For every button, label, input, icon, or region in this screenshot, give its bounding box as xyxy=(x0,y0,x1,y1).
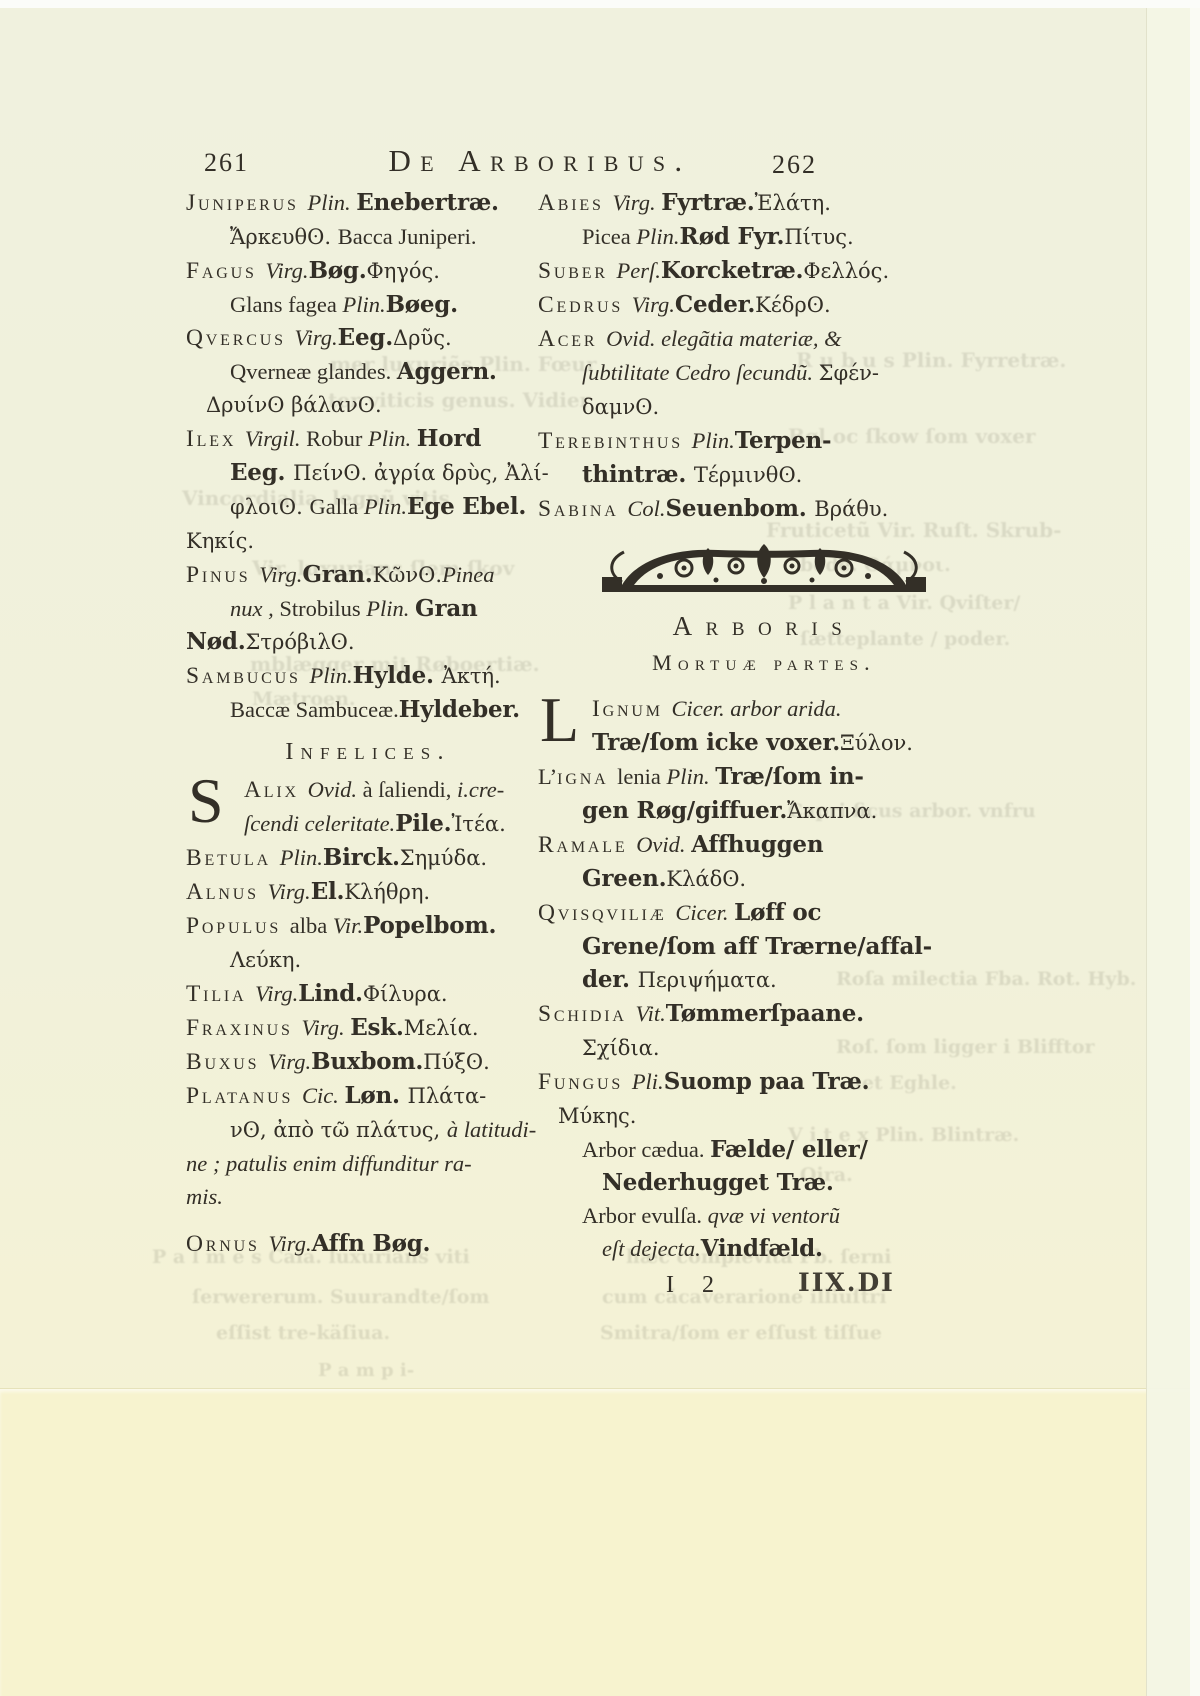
ink-offset-mark: IIX.DI xyxy=(798,1268,895,1297)
text-line: thintræ. Τέρμινθʘ. xyxy=(538,458,990,492)
text-line: Nederhugget Træ. xyxy=(538,1166,990,1199)
text-segment: Nederhugget Træ. xyxy=(602,1169,834,1196)
text-segment: Qverneæ glandes. xyxy=(230,359,397,384)
text-segment: Infelices. xyxy=(285,739,450,765)
text-segment: Lind. xyxy=(298,980,363,1007)
text-segment: Ceder. xyxy=(675,291,755,318)
text-segment: Fyrtræ. xyxy=(661,189,754,216)
text-line: Glans fagea Plin.Bøeg. xyxy=(186,288,550,321)
heading-mortuae-partes: Mortuæ partes. xyxy=(538,646,990,680)
text-segment: igna xyxy=(557,764,617,790)
entry-arbor-evulsa: Arbor evulſa. qvæ vi ventorũ xyxy=(538,1199,990,1232)
text-segment: lenia xyxy=(617,764,666,789)
text-segment: Μελία. xyxy=(404,1016,479,1040)
text-segment: mis. xyxy=(186,1184,223,1209)
text-segment: Baccæ Sambuceæ. xyxy=(230,697,399,722)
text-segment: alba xyxy=(290,913,333,938)
text-line: δαμνʘ. xyxy=(538,390,990,424)
entry-qvisqviliae: Qvisqviliæ Cicer. Løff oc xyxy=(538,896,990,930)
page-number-right: 262 xyxy=(772,150,817,180)
text-segment: Aggern. xyxy=(397,358,497,385)
text-segment: Virg. xyxy=(265,258,308,283)
text-segment: Suomp paa Træ. xyxy=(664,1068,870,1095)
text-segment: Plin. xyxy=(307,190,356,215)
text-segment: Buxbom. xyxy=(311,1048,423,1075)
text-segment: Gran. xyxy=(302,561,372,588)
text-segment: Plin. xyxy=(368,426,417,451)
text-line: ſubtilitate Cedro ſecundũ. Σφέν- xyxy=(538,356,990,390)
entry-buxus: Buxus Virg.Buxbom.Πύξʘ. xyxy=(186,1045,550,1079)
text-segment: à latitudi- xyxy=(447,1117,536,1142)
text-segment: Esk. xyxy=(350,1014,404,1041)
text-segment: Ignum xyxy=(592,696,672,722)
text-segment: Eeg. xyxy=(338,324,393,351)
text-segment: Πείνʘ. ἀγρία δρὺς, Ἀλί- xyxy=(293,461,549,485)
text-segment: Ovid. xyxy=(308,777,357,802)
text-segment: Juniperus xyxy=(186,190,307,216)
text-segment: Virg. xyxy=(301,1015,350,1040)
text-line: Qverneæ glandes. Aggern. xyxy=(186,355,550,388)
text-segment: Ἰτέα. xyxy=(451,812,505,836)
text-segment: à ſaliendi, xyxy=(357,777,457,802)
text-segment: Hord xyxy=(417,425,481,452)
text-segment: Seuenbom. xyxy=(666,495,815,522)
text-segment: Κλήθρη. xyxy=(344,880,430,904)
text-segment: Populus xyxy=(186,913,290,939)
text-segment: der. xyxy=(582,966,638,993)
text-segment: Ege Ebel. xyxy=(407,493,526,520)
text-segment: Bøeg. xyxy=(386,291,458,318)
text-segment: Virgil. xyxy=(245,426,306,451)
text-segment: L’ xyxy=(538,764,557,789)
text-segment: Φελλός. xyxy=(803,259,889,283)
text-segment: nux , xyxy=(230,596,279,621)
entry-salix: SAlix Ovid. à ſaliendi, i.cre- xyxy=(186,773,550,807)
text-segment: Strobilus xyxy=(279,596,366,621)
text-line: Nød.Στρόβιλʘ. xyxy=(186,625,550,659)
entry-ornus: Ornus Virg.Affn Bøg. xyxy=(186,1227,550,1261)
text-segment: Τέρμινθʘ. xyxy=(694,463,802,487)
text-segment: Vindfæld. xyxy=(701,1235,823,1262)
text-segment: Virg. xyxy=(612,190,661,215)
text-segment: Μύκης. xyxy=(558,1104,636,1128)
text-segment: Ἄρκευθʘ. xyxy=(230,225,338,249)
entry-sambucus: Sambucus Plin.Hylde. Ἀκτή. xyxy=(186,659,550,693)
text-segment: Λεύκη. xyxy=(230,948,301,972)
text-segment: Ilex xyxy=(186,426,245,452)
text-segment: Hylde. xyxy=(353,662,442,689)
text-segment: Σχίδια. xyxy=(582,1036,660,1060)
entry-betula: Betula Plin.Birck.Σημύδα. xyxy=(186,841,550,875)
text-segment: Løn. xyxy=(344,1082,407,1109)
signature-mark: I 2 xyxy=(666,1272,714,1299)
text-segment: Plin. xyxy=(342,292,385,317)
text-segment: Plin. xyxy=(364,494,407,519)
text-segment: Suber xyxy=(538,258,617,284)
text-line: Σχίδια. xyxy=(538,1031,990,1065)
right-column: Abies Virg. Fyrtræ.Ἐλάτη.Picea Plin.Rød … xyxy=(538,186,990,1265)
entry-lignum: LIgnum Cicer. arbor arida. xyxy=(538,692,990,726)
text-segment: Col. xyxy=(627,496,665,521)
page-title: De Arboribus. xyxy=(330,143,750,179)
text-segment: Ornus xyxy=(186,1231,268,1257)
text-segment: Plin. xyxy=(309,663,352,688)
text-segment: Ξύλον. xyxy=(840,731,913,755)
text-segment: Plin. xyxy=(636,224,679,249)
text-segment: ne ; patulis enim diffunditur ra- xyxy=(186,1151,472,1176)
text-segment: ſcendi celeritate. xyxy=(244,811,395,836)
text-segment: Κῶνʘ. xyxy=(373,563,442,587)
page-lower-blank-area xyxy=(0,1388,1200,1696)
text-segment: qvæ vi ventorũ xyxy=(708,1203,840,1228)
text-segment: Arboris xyxy=(673,611,856,641)
text-segment: Korcketræ. xyxy=(661,257,803,284)
text-segment: Vit. xyxy=(636,1001,666,1026)
entry-sabina: Sabina Col.Seuenbom. Βράθυ. xyxy=(538,492,990,526)
page-number-left: 261 xyxy=(204,148,249,178)
text-segment: Affhuggen xyxy=(691,831,823,858)
text-segment: Ἀκτή. xyxy=(442,664,501,688)
text-segment: Betula xyxy=(186,845,280,871)
text-segment: Plin. xyxy=(280,845,323,870)
text-line: nux , Strobilus Plin. Gran xyxy=(186,592,550,625)
text-segment: Πίτυς. xyxy=(784,225,853,249)
text-line: Green.Κλάδʘ. xyxy=(538,862,990,896)
entry-ligna: L’igna lenia Plin. Træ/ſom in- xyxy=(538,760,990,794)
text-line: φλοιʘ. Galla Plin.Ege Ebel. xyxy=(186,490,550,524)
entry-ilex: Ilex Virgil. Robur Plin. Hord xyxy=(186,422,550,456)
text-segment: Pinea xyxy=(442,562,494,587)
text-segment: Sabina xyxy=(538,496,627,522)
text-segment: Fagus xyxy=(186,258,265,284)
text-segment: Rød Fyr. xyxy=(679,223,784,250)
text-segment: Fungus xyxy=(538,1069,632,1095)
show-through-text: P a m p i- xyxy=(318,1360,414,1381)
text-segment: El. xyxy=(311,878,345,905)
text-segment: Pile. xyxy=(395,810,451,837)
text-line: mis. xyxy=(186,1180,550,1213)
entry-platanus: Platanus Cic. Løn. Πλάτα- xyxy=(186,1079,550,1113)
entry-abies: Abies Virg. Fyrtræ.Ἐλάτη. xyxy=(538,186,990,220)
text-segment: ſubtilitate Cedro ſecundũ. xyxy=(582,360,819,385)
text-line: Eeg. Πείνʘ. ἀγρία δρὺς, Ἀλί- xyxy=(186,456,550,490)
text-segment: Birck. xyxy=(323,844,400,871)
text-segment: νʘ, ἀπὸ τῶ πλάτυς, xyxy=(230,1118,447,1142)
text-segment: Mortuæ partes. xyxy=(652,650,876,675)
text-segment: Qvisqviliæ xyxy=(538,900,675,926)
entry-juniperus: Juniperus Plin. Enebertræ. xyxy=(186,186,550,220)
text-segment: Terebinthus xyxy=(538,428,692,454)
entry-alnus: Alnus Virg.El.Κλήθρη. xyxy=(186,875,550,909)
text-segment: Picea xyxy=(582,224,636,249)
text-segment: Pinus xyxy=(186,562,259,588)
text-segment: gen Røg/giffuer. xyxy=(582,797,787,824)
text-segment: Cic. xyxy=(302,1083,345,1108)
text-segment: Virg. xyxy=(259,562,302,587)
text-segment: Cedrus xyxy=(538,292,632,318)
entry-pinus: Pinus Virg.Gran.Κῶνʘ.Pinea xyxy=(186,558,550,592)
ornament-headpiece xyxy=(538,536,990,600)
text-segment: Virg. xyxy=(295,325,338,350)
text-segment: Fraxinus xyxy=(186,1015,301,1041)
text-line: Grene/ſom aff Trærne/affal- xyxy=(538,930,990,963)
text-segment: Tømmerſpaane. xyxy=(666,1000,864,1027)
text-segment: Bøg. xyxy=(309,257,367,284)
left-column: Juniperus Plin. Enebertræ.Ἄρκευθʘ. Bacca… xyxy=(186,186,550,1261)
text-segment: Pli. xyxy=(632,1069,664,1094)
text-segment: Πύξʘ. xyxy=(423,1050,490,1074)
text-segment: Virg. xyxy=(268,1231,311,1256)
text-segment: Løff oc xyxy=(734,899,821,926)
text-segment: Acer xyxy=(538,326,606,352)
text-segment: Φηγός. xyxy=(367,259,440,283)
entry-schidia: Schidia Vit.Tømmerſpaane. xyxy=(538,997,990,1031)
entry-ramale: Ramale Ovid. Affhuggen xyxy=(538,828,990,862)
text-line: Δρυίνʘ βάλανʘ. xyxy=(186,388,550,422)
text-segment: Δρῦς. xyxy=(393,326,452,350)
entry-acer: Acer Ovid. elegãtia materiæ, & xyxy=(538,322,990,356)
text-segment: Robur xyxy=(306,426,368,451)
entry-fraxinus: Fraxinus Virg. Esk.Μελία. xyxy=(186,1011,550,1045)
ornament-headpiece-graphic xyxy=(598,540,930,600)
show-through-text: Smitra/ſom er eſſust tiſſue xyxy=(600,1322,882,1344)
text-segment: Στρόβιλʘ. xyxy=(246,630,355,654)
entry-fagus: Fagus Virg.Bøg.Φηγός. xyxy=(186,254,550,288)
entry-tilia: Tilia Virg.Lind.Φίλυρα. xyxy=(186,977,550,1011)
text-line: eſt dejecta.Vindfæld. xyxy=(538,1232,990,1265)
entry-suber: Suber Perſ.Korcketræ.Φελλός. xyxy=(538,254,990,288)
text-segment: Κέδρʘ. xyxy=(755,293,830,317)
text-segment: Alix xyxy=(244,777,308,803)
page-right-edge-band xyxy=(1146,8,1191,1696)
text-segment: Abies xyxy=(538,190,612,216)
show-through-text: ſerwererum. Suurandte/ſom xyxy=(192,1286,490,1308)
text-segment: Cicer. xyxy=(675,900,734,925)
text-segment: Βράθυ. xyxy=(814,497,888,521)
text-segment: Træ/ſom icke voxer. xyxy=(592,729,840,756)
text-segment: Gran xyxy=(415,595,477,622)
text-segment: Plin. xyxy=(692,428,735,453)
text-segment: Enebertræ. xyxy=(356,189,499,216)
text-line: gen Røg/giffuer.Ἄκαπνα. xyxy=(538,794,990,828)
text-segment: Ramale xyxy=(538,832,636,858)
text-line: Κηκίς. xyxy=(186,524,550,558)
text-segment: Galla xyxy=(309,494,363,519)
text-segment: Σημύδα. xyxy=(400,846,487,870)
text-segment: Tilia xyxy=(186,981,255,1007)
text-line: Træ/ſom icke voxer.Ξύλον. xyxy=(538,726,990,760)
entry-cedrus: Cedrus Virg.Ceder.Κέδρʘ. xyxy=(538,288,990,322)
text-segment: Ovid. xyxy=(636,832,691,857)
entry-terebinthus: Terebinthus Plin.Terpen- xyxy=(538,424,990,458)
text-segment: Træ/ſom in- xyxy=(715,763,863,790)
text-segment: Virg. xyxy=(268,879,311,904)
show-through-text: eſſist tre-käſiua. xyxy=(216,1322,390,1344)
entry-fungus: Fungus Pli.Suomp paa Træ. xyxy=(538,1065,990,1099)
text-segment: δαμνʘ. xyxy=(582,395,659,419)
text-segment: Vir. xyxy=(333,913,363,938)
text-segment: Virg. xyxy=(632,292,675,317)
text-segment: Φίλυρα. xyxy=(363,982,448,1006)
text-segment: Platanus xyxy=(186,1083,302,1109)
text-segment: Plin. xyxy=(366,596,415,621)
text-line: Ἄρκευθʘ. Bacca Juniperi. xyxy=(186,220,550,254)
text-line: Baccæ Sambuceæ.Hyldeber. xyxy=(186,693,550,726)
text-segment: Ἐλάτη. xyxy=(755,191,831,215)
heading-infelices: Infelices. xyxy=(186,736,550,769)
text-segment: φλοιʘ. xyxy=(230,495,309,519)
text-line: Picea Plin.Rød Fyr.Πίτυς. xyxy=(538,220,990,254)
text-segment: Κηκίς. xyxy=(186,529,254,553)
text-segment: Popelbom. xyxy=(363,912,496,939)
text-segment: Qvercus xyxy=(186,325,295,351)
text-line: Λεύκη. xyxy=(186,943,550,977)
text-segment: thintræ. xyxy=(582,461,694,488)
entry-qvercus: Qvercus Virg.Eeg.Δρῦς. xyxy=(186,321,550,355)
text-segment: Green. xyxy=(582,865,666,892)
text-segment: Κλάδʘ. xyxy=(666,867,746,891)
text-segment: Hyldeber. xyxy=(399,696,520,723)
entry-populus: Populus alba Vir.Popelbom. xyxy=(186,909,550,943)
text-segment: Δρυίνʘ βάλανʘ. xyxy=(206,393,382,417)
heading-arboris: Arboris xyxy=(538,606,990,646)
text-segment: Virg. xyxy=(255,981,298,1006)
text-segment: Σφέν- xyxy=(819,361,879,385)
text-segment: Cicer. arbor arida. xyxy=(672,696,842,721)
text-segment: Πλάτα- xyxy=(408,1084,487,1108)
text-segment: Eeg. xyxy=(230,459,293,486)
text-segment: Arbor cædua. xyxy=(582,1137,710,1162)
text-segment: Ἄκαπνα. xyxy=(787,799,877,823)
text-segment: Bacca Juniperi. xyxy=(338,224,477,249)
text-segment: Glans fagea xyxy=(230,292,342,317)
text-line: Μύκης. xyxy=(538,1099,990,1133)
text-segment: Terpen- xyxy=(735,427,832,454)
text-segment: Sambucus xyxy=(186,663,309,689)
text-segment: Περιψήματα. xyxy=(638,968,777,992)
text-segment: Plin. xyxy=(667,764,716,789)
book-page-scan: mer luxuriẽs Plin. Fœurter viticis genus… xyxy=(0,0,1200,1696)
scan-right-edge xyxy=(1190,8,1200,1696)
text-line: der. Περιψήματα. xyxy=(538,963,990,997)
text-segment: Perſ. xyxy=(617,258,661,283)
text-segment: Alnus xyxy=(186,879,268,905)
text-segment: eſt dejecta. xyxy=(602,1236,701,1261)
text-segment: Grene/ſom aff Trærne/affal- xyxy=(582,933,932,960)
text-segment: Affn Bøg. xyxy=(312,1230,431,1257)
text-segment: Buxus xyxy=(186,1049,268,1075)
text-segment: Arbor evulſa. xyxy=(582,1203,708,1228)
text-segment: Schidia xyxy=(538,1001,636,1027)
scan-top-edge xyxy=(0,0,1200,8)
text-line: νʘ, ἀπὸ τῶ πλάτυς, à latitudi- xyxy=(186,1113,550,1147)
text-segment: Nød. xyxy=(186,628,246,655)
text-segment: Fælde/ eller/ xyxy=(710,1136,868,1163)
text-segment: Virg. xyxy=(268,1049,311,1074)
text-line: ſcendi celeritate.Pile.Ἰτέα. xyxy=(186,807,550,841)
entry-arbor-caedua: Arbor cædua. Fælde/ eller/ xyxy=(538,1133,990,1166)
text-line: ne ; patulis enim diffunditur ra- xyxy=(186,1147,550,1180)
text-segment: Ovid. elegãtia materiæ, & xyxy=(606,326,842,351)
text-segment: i.cre- xyxy=(457,777,504,802)
